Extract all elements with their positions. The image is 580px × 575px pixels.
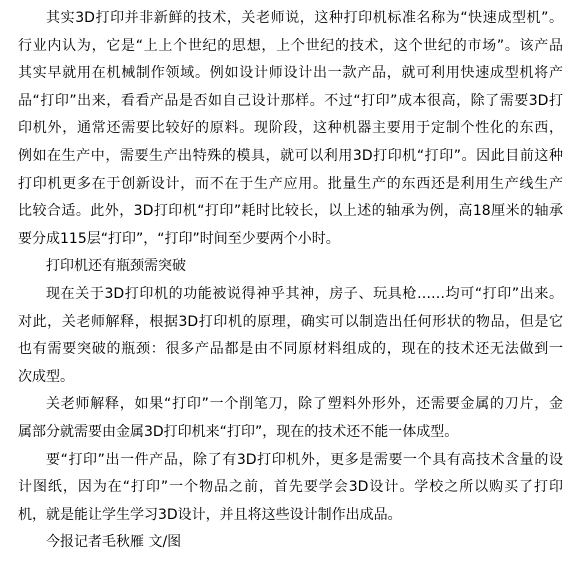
paragraph: 其实3D打印并非新鲜的技术，关老师说，这种打印机标准名称为“快速成型机”。行业内… <box>18 5 563 253</box>
text-line: 比较合适。此外，3D打印机“打印”耗时比较长，以上述的轴承为例，高18厘米的轴承 <box>18 198 563 226</box>
text-line: 次成型。 <box>18 364 563 392</box>
text-line: 属部分就需要由金属3D打印机来“打印”，现在的技术还不能一体成型。 <box>18 419 563 447</box>
text-line: 机，就是能让学生学习3D设计，并且将这些设计制作出成品。 <box>18 502 563 530</box>
text-line: 现在关于3D打印机的功能被说得神乎其神，房子、玩具枪……均可“打印”出来。 <box>18 281 563 309</box>
text-line: 行业内认为，它是“上上个世纪的思想，上个世纪的技术，这个世纪的市场”。该产品 <box>18 33 563 61</box>
text-line: 也有需要突破的瓶颈：很多产品都是由不同原材料组成的，现在的技术还无法做到一 <box>18 336 563 364</box>
paragraph: 现在关于3D打印机的功能被说得神乎其神，房子、玩具枪……均可“打印”出来。对此，… <box>18 281 563 391</box>
text-line: 对此，关老师解释，根据3D打印机的原理，确实可以制造出任何形状的物品，但是它 <box>18 309 563 337</box>
text-line: 今报记者毛秋雁 文/图 <box>18 529 563 557</box>
text-line: 例如在生产中，需要生产出特殊的模具，就可以利用3D打印机“打印”。因此目前这种 <box>18 143 563 171</box>
text-line: 关老师解释，如果“打印”一个削笔刀，除了塑料外形外，还需要金属的刀片，金 <box>18 391 563 419</box>
text-line: 要“打印”出一件产品，除了有3D打印机外，更多是需要一个具有高技术含量的设 <box>18 447 563 475</box>
paragraph: 要“打印”出一件产品，除了有3D打印机外，更多是需要一个具有高技术含量的设计图纸… <box>18 447 563 530</box>
text-line: 打印机还有瓶颈需突破 <box>18 253 563 281</box>
text-line: 品“打印”出来，看看产品是否如自己设计那样。不过“打印”成本很高，除了需要3D打 <box>18 88 563 116</box>
document-page: 其实3D打印并非新鲜的技术，关老师说，这种打印机标准名称为“快速成型机”。行业内… <box>0 0 580 575</box>
text-line: 要分成115层“打印”，“打印”时间至少要两个小时。 <box>18 226 563 254</box>
text-line: 印机外，通常还需要比较好的原料。现阶段，这种机器主要用于定制个性化的东西， <box>18 115 563 143</box>
paragraph: 关老师解释，如果“打印”一个削笔刀，除了塑料外形外，还需要金属的刀片，金属部分就… <box>18 391 563 446</box>
text-line: 打印机更多在于创新设计，而不在于生产应用。批量生产的东西还是利用生产线生产 <box>18 171 563 199</box>
paragraph: 打印机还有瓶颈需突破 <box>18 253 563 281</box>
article-body: 其实3D打印并非新鲜的技术，关老师说，这种打印机标准名称为“快速成型机”。行业内… <box>18 5 563 557</box>
text-line: 其实3D打印并非新鲜的技术，关老师说，这种打印机标准名称为“快速成型机”。 <box>18 5 563 33</box>
text-line: 其实早就用在机械制作领域。例如设计师设计出一款产品，就可利用快速成型机将产 <box>18 60 563 88</box>
text-line: 计图纸，因为在“打印”一个物品之前，首先要学会3D设计。学校之所以购买了打印 <box>18 474 563 502</box>
paragraph: 今报记者毛秋雁 文/图 <box>18 529 563 557</box>
